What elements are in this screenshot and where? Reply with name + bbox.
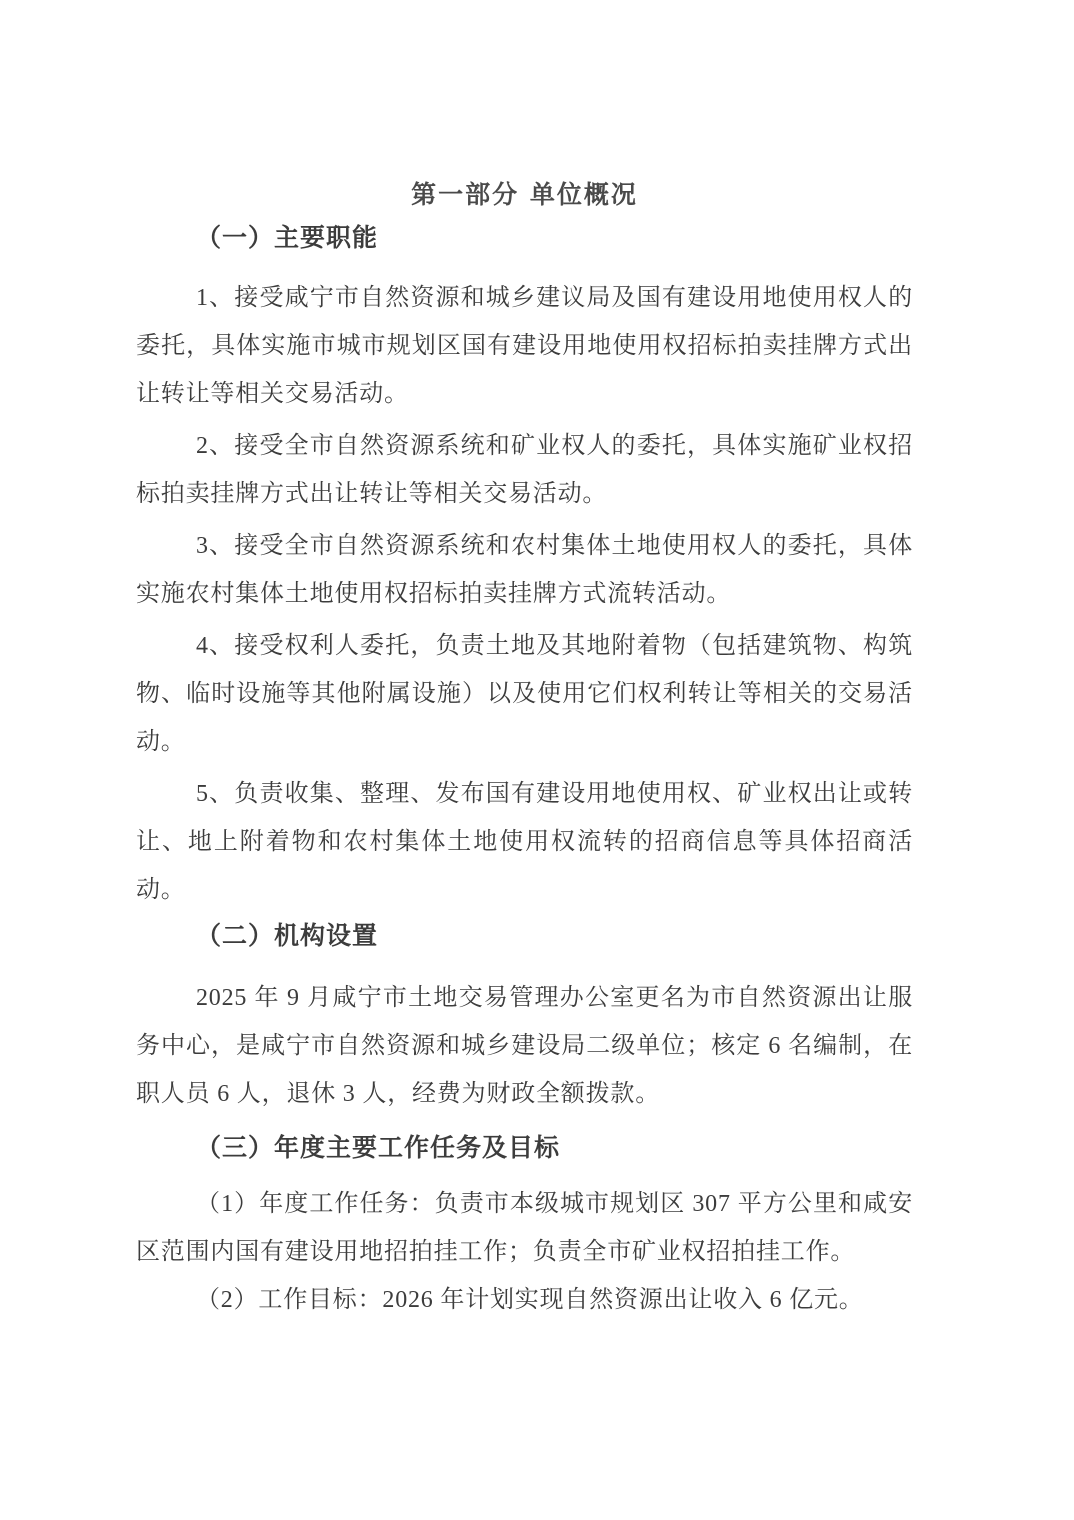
section-heading-2: （二）机构设置 [136,914,913,960]
paragraph-function-5: 5、负责收集、整理、发布国有建设用地使用权、矿业权出让或转让、地上附着物和农村集… [136,770,913,914]
paragraph-function-3: 3、接受全市自然资源系统和农村集体土地使用权人的委托，具体实施农村集体土地使用权… [136,522,913,618]
paragraph-function-2: 2、接受全市自然资源系统和矿业权人的委托，具体实施矿业权招标拍卖挂牌方式出让转让… [136,422,913,518]
page-title: 第一部分 单位概况 [136,178,913,212]
paragraph-function-4: 4、接受权利人委托，负责土地及其地附着物（包括建筑物、构筑物、临时设施等其他附属… [136,622,913,766]
paragraph-organization: 2025 年 9 月咸宁市土地交易管理办公室更名为市自然资源出让服务中心，是咸宁… [136,974,913,1118]
section-heading-1: （一）主要职能 [136,216,913,262]
paragraph-annual-task: （1）年度工作任务：负责市本级城市规划区 307 平方公里和咸安区范围内国有建设… [136,1180,913,1276]
document-page: 第一部分 单位概况 （一）主要职能 1、接受咸宁市自然资源和城乡建议局及国有建设… [0,0,1074,1520]
section-heading-3: （三）年度主要工作任务及目标 [136,1126,913,1172]
paragraph-work-goal: （2）工作目标：2026 年计划实现自然资源出让收入 6 亿元。 [136,1276,913,1324]
paragraph-function-1: 1、接受咸宁市自然资源和城乡建议局及国有建设用地使用权人的委托，具体实施市城市规… [136,274,913,418]
